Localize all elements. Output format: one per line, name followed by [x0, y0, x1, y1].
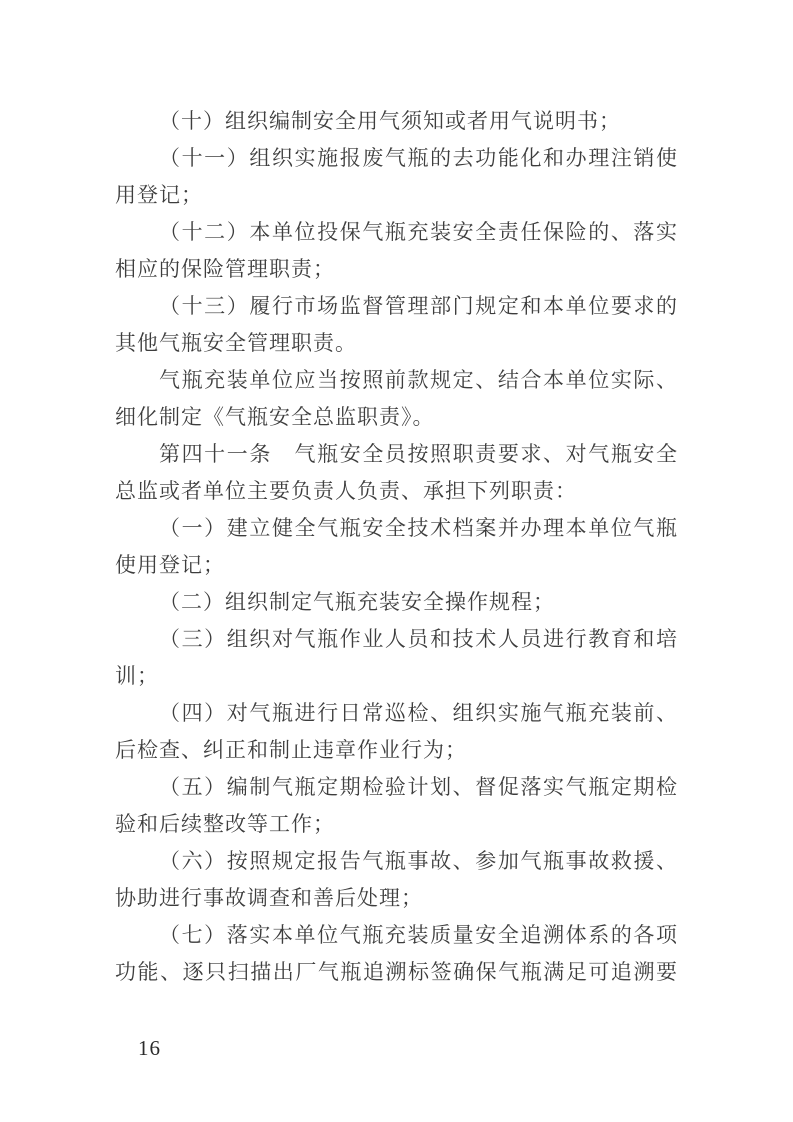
text-line: （一）建立健全气瓶安全技术档案并办理本单位气瓶 [115, 510, 678, 547]
document-content: （十）组织编制安全用气须知或者用气说明书；（十一）组织实施报废气瓶的去功能化和办… [115, 103, 678, 991]
text-line: （六）按照规定报告气瓶事故、参加气瓶事故救援、 [115, 843, 678, 880]
text-line: （十二）本单位投保气瓶充装安全责任保险的、落实 [115, 214, 678, 251]
text-line: 用登记； [115, 177, 678, 214]
text-line: 训； [115, 658, 678, 695]
text-line: （十一）组织实施报废气瓶的去功能化和办理注销使 [115, 140, 678, 177]
text-line: （十三）履行市场监督管理部门规定和本单位要求的 [115, 288, 678, 325]
text-line: （七）落实本单位气瓶充装质量安全追溯体系的各项 [115, 917, 678, 954]
text-line: （五）编制气瓶定期检验计划、督促落实气瓶定期检 [115, 769, 678, 806]
text-line: 后检查、纠正和制止违章作业行为； [115, 732, 678, 769]
text-line: （十）组织编制安全用气须知或者用气说明书； [115, 103, 678, 140]
text-line: 使用登记； [115, 547, 678, 584]
document-page: （十）组织编制安全用气须知或者用气说明书；（十一）组织实施报废气瓶的去功能化和办… [0, 0, 793, 1122]
text-line: 协助进行事故调查和善后处理； [115, 880, 678, 917]
text-line: 验和后续整改等工作； [115, 806, 678, 843]
page-number: 16 [138, 1036, 161, 1061]
text-line: 相应的保险管理职责； [115, 251, 678, 288]
text-line: 气瓶充装单位应当按照前款规定、结合本单位实际、 [115, 362, 678, 399]
text-line: 功能、逐只扫描出厂气瓶追溯标签确保气瓶满足可追溯要 [115, 954, 678, 991]
text-line: 细化制定《气瓶安全总监职责》。 [115, 399, 678, 436]
text-line: 第四十一条 气瓶安全员按照职责要求、对气瓶安全 [115, 436, 678, 473]
text-line: （三）组织对气瓶作业人员和技术人员进行教育和培 [115, 621, 678, 658]
text-line: 总监或者单位主要负责人负责、承担下列职责： [115, 473, 678, 510]
text-line: （四）对气瓶进行日常巡检、组织实施气瓶充装前、 [115, 695, 678, 732]
text-line: （二）组织制定气瓶充装安全操作规程； [115, 584, 678, 621]
text-line: 其他气瓶安全管理职责。 [115, 325, 678, 362]
